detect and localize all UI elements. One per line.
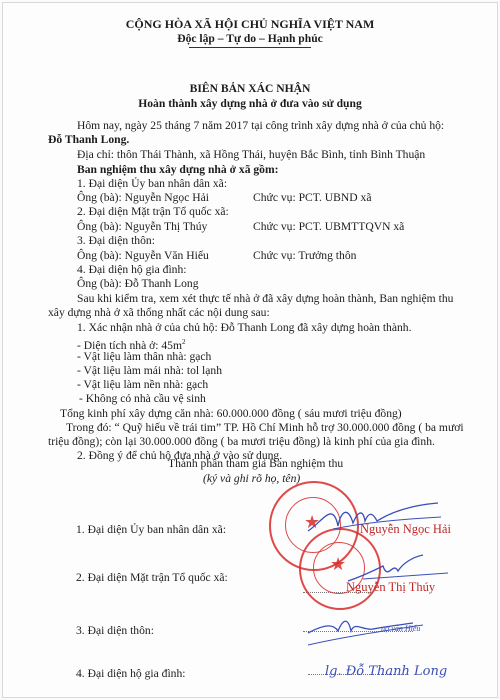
member-name: Ông (bà): Đỗ Thanh Long xyxy=(77,277,199,291)
member-role: 2. Đại diện Mặt trận Tổ quốc xã: xyxy=(77,205,229,219)
signature-label: 3. Đại diện thôn: xyxy=(76,624,154,638)
intro-line: Hôm nay, ngày 25 tháng 7 năm 2017 tại cô… xyxy=(77,119,444,133)
signature-scribble-icon xyxy=(303,491,443,541)
signature-scribble-icon: lg. Đỗ Thanh Long xyxy=(321,653,451,688)
owner-name: Đỗ Thanh Long. xyxy=(48,133,129,147)
member-role: 1. Đại diện Ủy ban nhân dân xã: xyxy=(77,177,227,191)
funding-text: triệu đồng); còn lại 30.000.000 đồng ( b… xyxy=(48,435,435,449)
committee-heading: Ban nghiệm thu xây dựng nhà ở xã gồm: xyxy=(77,163,279,177)
signatures-heading: Thành phần tham gia Ban nghiệm thu xyxy=(168,457,343,471)
funding-text: Trong đó: “ Quỹ hiếu về trái tim” TP. Hồ… xyxy=(66,421,464,435)
nation-header: CỘNG HÒA XÃ HỘI CHỦ NGHĨA VIỆT NAM xyxy=(3,17,497,31)
member-position: Chức vụ: PCT. UBMTTQVN xã xyxy=(253,220,404,234)
motto-underline xyxy=(189,47,311,48)
svg-text:nợ văn Hiếu: nợ văn Hiếu xyxy=(381,624,420,633)
document-title: BIÊN BẢN XÁC NHẬN xyxy=(3,82,497,96)
area-superscript: 2 xyxy=(182,338,186,346)
detail-item: - Vật liệu làm nền nhà: gạch xyxy=(77,378,208,392)
member-position: Chức vụ: PCT. UBND xã xyxy=(253,191,371,205)
detail-item: - Vật liệu làm thân nhà: gạch xyxy=(77,350,211,364)
signature-scribble-icon xyxy=(343,551,453,591)
address: Địa chỉ: thôn Thái Thành, xã Hồng Thái, … xyxy=(77,148,425,162)
review-text: xây dựng nhà ở xã thống nhất các nội dun… xyxy=(48,306,270,320)
member-name: Ông (bà): Nguyễn Ngọc Hải xyxy=(77,191,209,205)
member-role: 3. Đại diện thôn: xyxy=(77,234,155,248)
document-subtitle: Hoàn thành xây dựng nhà ở đưa vào sử dụn… xyxy=(3,97,497,111)
member-name: Ông (bà): Nguyễn Văn Hiếu xyxy=(77,249,209,263)
signature-scribble-icon: nợ văn Hiếu xyxy=(303,611,433,651)
review-text: Sau khi kiểm tra, xem xét thực tế nhà ở … xyxy=(77,292,453,306)
detail-item: - Không có nhà cầu vệ sinh xyxy=(79,392,206,406)
svg-text:lg. Đỗ Thanh Long: lg. Đỗ Thanh Long xyxy=(325,663,447,679)
member-role: 4. Đại diện hộ gia đình: xyxy=(77,263,186,277)
signature-label: 1. Đại diện Ủy ban nhân dân xã: xyxy=(76,523,226,537)
member-name: Ông (bà): Nguyễn Thị Thúy xyxy=(77,220,207,234)
member-position: Chức vụ: Trưởng thôn xyxy=(253,249,356,263)
detail-item: - Vật liệu làm mái nhà: tol lạnh xyxy=(77,364,222,378)
signature-label: 2. Đại diện Mặt trận Tổ quốc xã: xyxy=(76,571,228,585)
total-cost: Tổng kinh phí xây dựng căn nhà: 60.000.0… xyxy=(60,407,402,421)
signature-label: 4. Đại diện hộ gia đình: xyxy=(76,667,185,681)
motto: Độc lập – Tự do – Hạnh phúc xyxy=(3,32,497,46)
document-page: CỘNG HÒA XÃ HỘI CHỦ NGHĨA VIỆT NAM Độc l… xyxy=(2,2,498,698)
confirm-text: 1. Xác nhận nhà ở của chủ hộ: Đỗ Thanh L… xyxy=(77,321,412,335)
signatures-note: (ký và ghi rõ họ, tên) xyxy=(203,472,300,486)
